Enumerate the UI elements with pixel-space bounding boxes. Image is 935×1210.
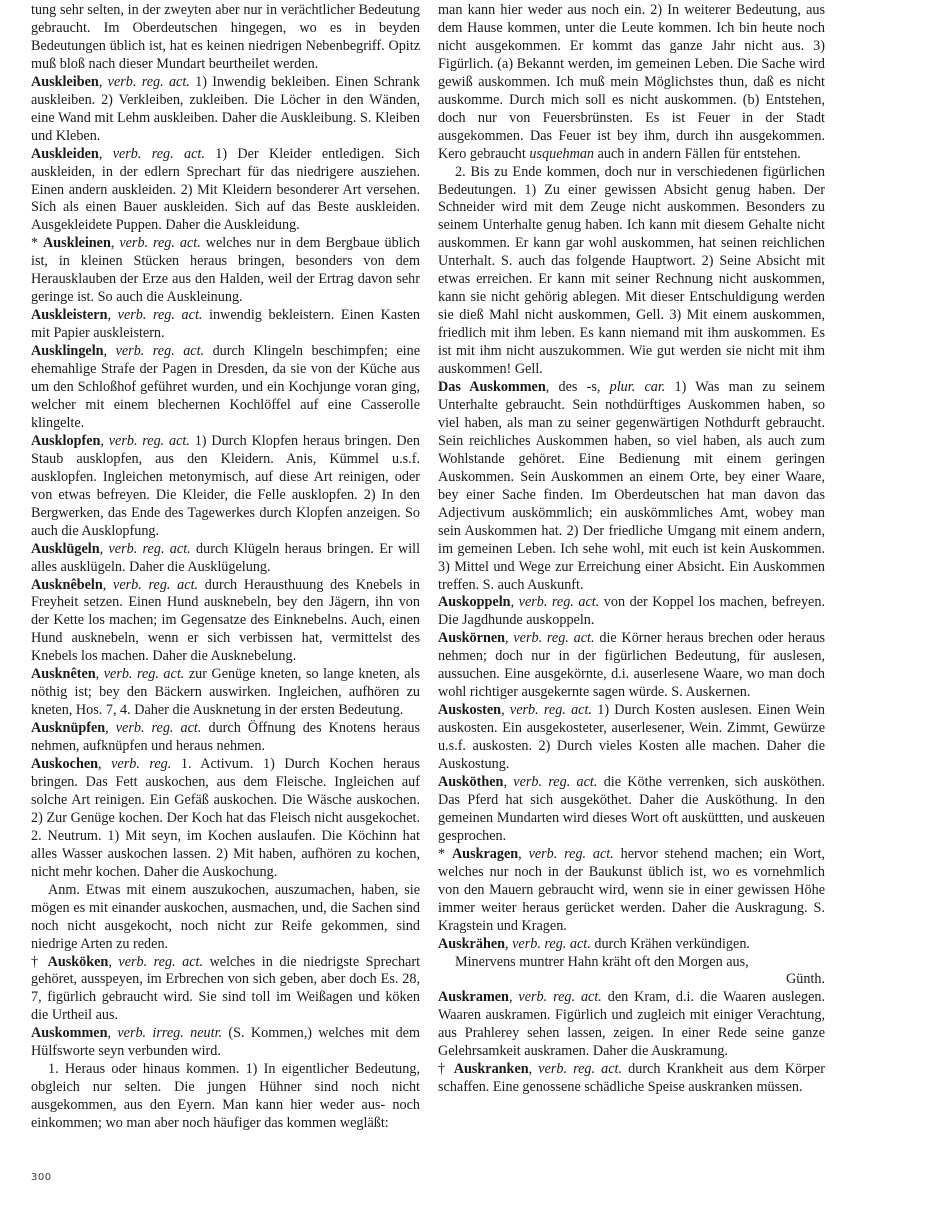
verse-quote: Minervens muntrer Hahn kräht oft den Mor… <box>438 954 825 972</box>
grammar-label: verb. reg. act. <box>108 541 190 557</box>
headword: Ausklingeln <box>31 343 104 359</box>
grammar-label: verb. reg. act. <box>113 146 205 162</box>
entry-auskleistern: Auskleistern, verb. reg. act. inwendig b… <box>31 307 420 343</box>
grammar-label: verb. reg. act. <box>512 936 591 952</box>
entry-auskoken: † Ausköken, verb. reg. act. welches in d… <box>31 954 420 1026</box>
entry-ausklugeln: Ausklügeln, verb. reg. act. durch Klügel… <box>31 541 420 577</box>
grammar-label: verb. reg. act. <box>538 1061 622 1077</box>
sense-paragraph: 2. Bis zu Ende kommen, doch nur in versc… <box>438 164 825 379</box>
entry-ausklingeln: Ausklingeln, verb. reg. act. durch Kling… <box>31 343 420 433</box>
grammar-label: verb. reg. act. <box>513 630 594 646</box>
entry-auskranken: † Auskranken, verb. reg. act. durch Kran… <box>438 1061 825 1097</box>
italic-term: usquehman <box>529 146 594 162</box>
grammar-label: verb. reg. act. <box>116 343 205 359</box>
grammar-label: verb. reg. act. <box>513 774 597 790</box>
grammar-label: verb. reg. act. <box>519 594 600 610</box>
paragraph-text: man kann hier weder aus noch ein. 2) In … <box>438 2 825 162</box>
grammar-label: verb. reg. act. <box>529 846 614 862</box>
paragraph-text: 1. Heraus oder hinaus kommen. 1) In eige… <box>31 1061 420 1131</box>
headword: Auskragen <box>452 846 518 862</box>
headword: Auskommen <box>31 1025 107 1041</box>
definition: 1) Was man zu seinem Unterhalte gebrauch… <box>438 379 825 592</box>
page-number: 300 <box>31 1172 52 1183</box>
dagger-mark: † <box>438 1061 454 1077</box>
headword: Auskleiben <box>31 74 99 90</box>
paragraph-text: Anm. Etwas mit einem auszukochen, auszum… <box>31 882 420 952</box>
headword: Ausknêten <box>31 666 96 682</box>
headword: Auskranken <box>454 1061 529 1077</box>
entry-ausknebeln: Ausknêbeln, verb. reg. act. durch Heraus… <box>31 577 420 667</box>
grammar-label: verb. reg. act. <box>116 720 202 736</box>
definition: durch Krähen verkündigen. <box>594 936 750 952</box>
dictionary-page: tung sehr selten, in der zweyten aber nu… <box>0 0 935 1210</box>
entry-ausklopfen: Ausklopfen, verb. reg. act. 1) Durch Klo… <box>31 433 420 541</box>
headword: Auskoppeln <box>438 594 511 610</box>
headword: Ausknüpfen <box>31 720 105 736</box>
entry-das-auskommen: Das Auskommen, des -s, plur. car. 1) Was… <box>438 379 825 594</box>
entry-auskrahen: Auskrähen, verb. reg. act. durch Krähen … <box>438 936 825 954</box>
grammar-label: verb. reg. <box>111 756 171 772</box>
entry-auskneten: Ausknêten, verb. reg. act. zur Genüge kn… <box>31 666 420 720</box>
headword: Ausknêbeln <box>31 577 103 593</box>
grammar-label: verb. reg. act. <box>518 989 601 1005</box>
grammar-label: verb. reg. act. <box>119 235 200 251</box>
headword: Ausklopfen <box>31 433 100 449</box>
headword: Auskrähen <box>438 936 505 952</box>
asterisk-mark: * <box>438 846 452 862</box>
left-column: tung sehr selten, in der zweyten aber nu… <box>31 2 420 1133</box>
grammar-label: verb. reg. act. <box>118 954 203 970</box>
entry-auskragen: * Auskragen, verb. reg. act. hervor steh… <box>438 846 825 936</box>
headword: Auskörnen <box>438 630 505 646</box>
entry-auskleiben: Auskleiben, verb. reg. act. 1) Inwendig … <box>31 74 420 146</box>
headword: Das Auskommen <box>438 379 546 395</box>
genitive-label: des -s, <box>559 379 601 395</box>
paragraph-text: auch in andern Fällen für entstehen. <box>594 146 801 162</box>
headword: Auskochen <box>31 756 98 772</box>
headword: Ausklügeln <box>31 541 100 557</box>
entry-auskornen: Auskörnen, verb. reg. act. die Körner he… <box>438 630 825 702</box>
quote-author: Günth. <box>786 971 825 987</box>
quote-source: Günth. <box>438 971 825 989</box>
grammar-label: verb. irreg. neutr. <box>117 1025 222 1041</box>
dagger-mark: † <box>31 954 48 970</box>
sense-paragraph: 1. Heraus oder hinaus kommen. 1) In eige… <box>31 1061 420 1133</box>
continuation-text: man kann hier weder aus noch ein. 2) In … <box>438 2 825 164</box>
continuation-text: tung sehr selten, in der zweyten aber nu… <box>31 2 420 74</box>
entry-auskoppeln: Auskoppeln, verb. reg. act. von der Kopp… <box>438 594 825 630</box>
grammar-label: plur. car. <box>610 379 666 395</box>
entry-auskleiden: Auskleiden, verb. reg. act. 1) Der Kleid… <box>31 146 420 236</box>
headword: Ausköken <box>48 954 109 970</box>
quote-text: Minervens muntrer Hahn kräht oft den Mor… <box>455 954 749 970</box>
entry-auskommen: Auskommen, verb. irreg. neutr. (S. Komme… <box>31 1025 420 1061</box>
headword: Auskleinen <box>43 235 111 251</box>
grammar-label: verb. reg. act. <box>108 74 190 90</box>
entry-auskochen: Auskochen, verb. reg. 1. Activum. 1) Dur… <box>31 756 420 882</box>
entry-auskleinen: * Auskleinen, verb. reg. act. welches nu… <box>31 235 420 307</box>
grammar-label: verb. reg. act. <box>118 307 203 323</box>
entry-ausknupfen: Ausknüpfen, verb. reg. act. durch Öffnun… <box>31 720 420 756</box>
headword: Auskleiden <box>31 146 99 162</box>
headword: Auskosten <box>438 702 501 718</box>
grammar-label: verb. reg. act. <box>109 433 190 449</box>
grammar-label: verb. reg. act. <box>510 702 592 718</box>
headword: Auskleistern <box>31 307 107 323</box>
entry-auskramen: Auskramen, verb. reg. act. den Kram, d.i… <box>438 989 825 1061</box>
right-column: man kann hier weder aus noch ein. 2) In … <box>438 2 825 1097</box>
headword: Auskramen <box>438 989 509 1005</box>
grammar-label: verb. reg. act. <box>104 666 185 682</box>
asterisk-mark: * <box>31 235 43 251</box>
paragraph-text: tung sehr selten, in der zweyten aber nu… <box>31 2 420 72</box>
entry-auskothen: Ausköthen, verb. reg. act. die Köthe ver… <box>438 774 825 846</box>
annotation-paragraph: Anm. Etwas mit einem auszukochen, auszum… <box>31 882 420 954</box>
grammar-label: verb. reg. act. <box>113 577 198 593</box>
paragraph-text: 2. Bis zu Ende kommen, doch nur in versc… <box>438 164 825 377</box>
entry-auskosten: Auskosten, verb. reg. act. 1) Durch Kost… <box>438 702 825 774</box>
definition: 1. Activum. 1) Durch Kochen heraus bring… <box>31 756 420 880</box>
headword: Ausköthen <box>438 774 503 790</box>
